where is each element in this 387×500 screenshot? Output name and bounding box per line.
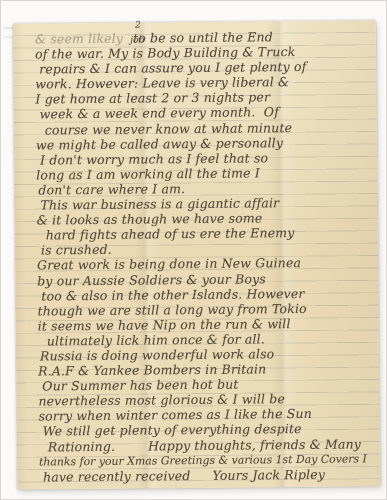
page-number: 2 xyxy=(135,22,141,31)
line2-before: of the war. My xyxy=(35,46,128,62)
faded-opening-phrase: & seem likely xyxy=(35,31,123,47)
closing-text: have recently received xyxy=(43,468,190,484)
letter-page: & seem likely2to be so until the End of … xyxy=(13,20,380,489)
letter-photo: & seem likely2to be so until the End of … xyxy=(0,0,387,500)
line2-after: is Body Building & Truck xyxy=(128,44,295,61)
line1-text: to be so until the End xyxy=(133,29,273,45)
letter-text: & seem likely2to be so until the End of … xyxy=(13,20,380,489)
letter-closing-line: have recently receivedYours Jack Ripley xyxy=(43,466,372,484)
signature: Yours Jack Ripley xyxy=(212,466,325,482)
inserted-word: job xyxy=(130,37,145,46)
